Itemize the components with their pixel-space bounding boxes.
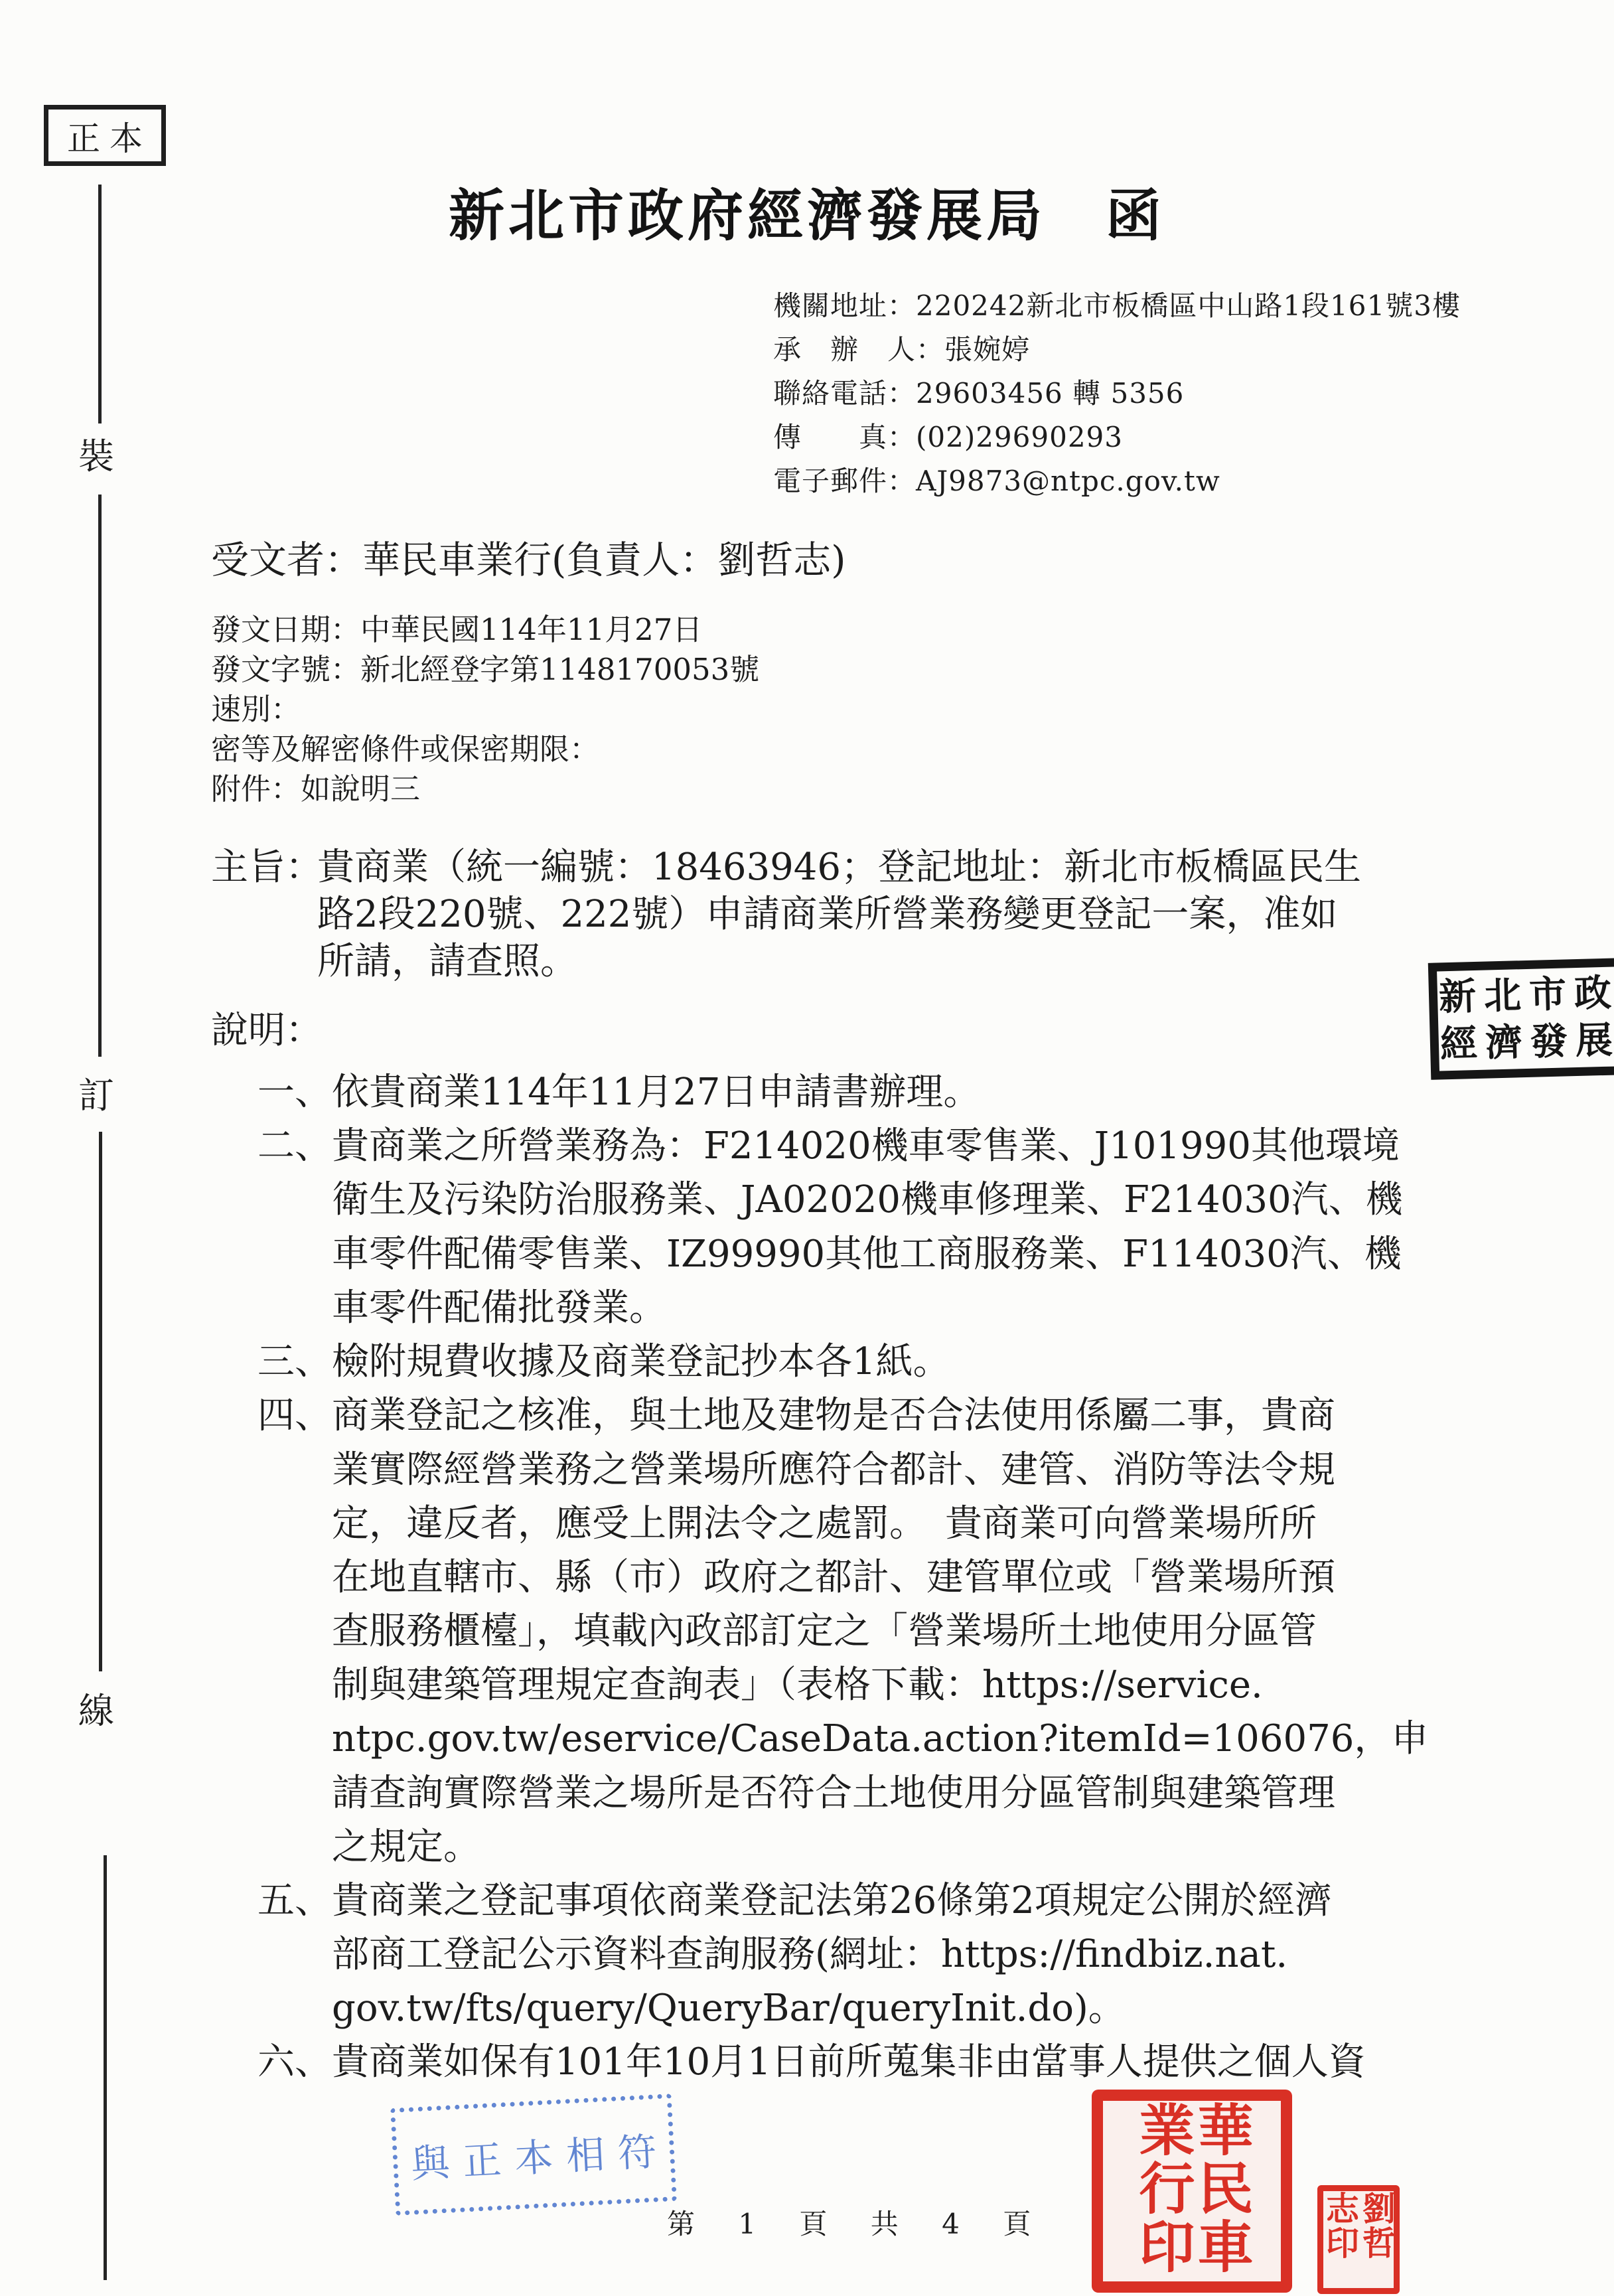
item-line: 商業登記之核准，與土地及建物是否合法使用係屬二事，貴商 (332, 1386, 1335, 1439)
item-line: 請查詢實際營業之場所是否符合土地使用分區管制與建築管理 (332, 1764, 1335, 1817)
item-line: 貴商業之登記事項依商業登記法第26條第2項規定公開於經濟 (332, 1871, 1332, 1924)
item-line: 檢附規費收據及商業登記抄本各1紙。 (332, 1332, 950, 1385)
item-line: 部商工登記公示資料查詢服務(網址：https://findbiz.nat. (332, 1925, 1287, 1978)
agency-officer-line: 承 辦 人：張婉婷 (773, 328, 1030, 368)
business-seal-stamp: 華民車業行印 (1092, 2090, 1292, 2293)
item-line: 制與建築管理規定查詢表」（表格下載：https://service. (332, 1655, 1263, 1709)
item-line: 車零件配備批發業。 (332, 1278, 666, 1332)
item-number: 一、 (257, 1063, 332, 1116)
agency-seal-stamp: 新北市政府 經濟發展局 (1428, 957, 1614, 1080)
item-line: ntpc.gov.tw/eservice/CaseData.action?ite… (332, 1709, 1428, 1762)
document-title: 新北市政府經濟發展局 函 (0, 171, 1614, 252)
item-line: 衛生及污染防治服務業、JA02020機車修理業、F214030汽、機 (332, 1170, 1403, 1223)
item-number: 二、 (257, 1116, 332, 1170)
item-line: 依貴商業114年11月27日申請書辦理。 (332, 1063, 980, 1116)
binding-line-segment-4 (104, 1855, 107, 2280)
dispatch-date-line: 發文日期：中華民國114年11月27日 (211, 605, 702, 649)
item-line: 貴商業如保有101年10月1日前所蒐集非由當事人提供之個人資 (332, 2032, 1366, 2086)
certification-stamp-text: 與正本相符 (409, 2119, 671, 2188)
copy-type-label: 正本 (67, 112, 152, 160)
person-seal-stamp: 劉哲志印 (1317, 2185, 1400, 2294)
agency-phone-line: 聯絡電話：29603456 轉 5356 (773, 372, 1184, 412)
item-line: 查服務櫃檯」，填載內政部訂定之「營業場所土地使用分區管 (332, 1602, 1317, 1655)
agency-email-line: 電子郵件：AJ9873@ntpc.gov.tw (773, 459, 1220, 499)
item-line: 之規定。 (332, 1817, 480, 1871)
item-line: 貴商業之所營業務為：F214020機車零售業、J101990其他環境 (332, 1116, 1400, 1170)
item-number: 六、 (257, 2032, 332, 2086)
agency-address-line: 機關地址：220242新北市板橋區中山路1段161號3樓 (773, 284, 1461, 324)
business-seal-text: 華民車業行印 (1134, 2101, 1250, 2281)
item-line: 在地直轄市、縣（市）政府之都計、建管單位或「營業場所預 (332, 1548, 1335, 1601)
certification-stamp: 與正本相符 (390, 2094, 677, 2216)
person-seal-text: 劉哲志印 (1322, 2191, 1395, 2288)
scanned-official-letter-page: 正本 裝 訂 線 新北市政府經濟發展局 函 機關地址：220242新北市板橋區中… (0, 0, 1614, 2296)
agency-seal-row: 新北市政府 (1438, 971, 1614, 1018)
security-class-line: 密等及解密條件或保密期限： (211, 725, 599, 768)
binding-mark-top: 裝 (78, 428, 114, 479)
copy-type-box: 正本 (44, 105, 166, 166)
subject-line: 所請，請查照。 (317, 932, 577, 985)
item-line: 業實際經營業務之營業場所應符合都計、建管、消防等法令規 (332, 1440, 1335, 1493)
dispatch-number-line: 發文字號：新北經登字第1148170053號 (211, 645, 759, 688)
item-line: 車零件配備零售業、IZ99990其他工商服務業、F114030汽、機 (332, 1225, 1402, 1278)
attachment-line: 附件：如說明三 (211, 765, 420, 808)
item-line: gov.tw/fts/query/QueryBar/queryInit.do)。 (332, 1979, 1126, 2032)
item-number: 四、 (257, 1386, 332, 1439)
subject-line: 貴商業（統一編號：18463946；登記地址：新北市板橋區民生 (317, 838, 1361, 891)
binding-line-segment-2 (98, 495, 102, 1057)
agency-seal-row: 經濟發展局 (1439, 1018, 1614, 1065)
item-number: 三、 (257, 1332, 332, 1385)
explanation-label: 說明： (211, 1001, 323, 1054)
agency-fax-line: 傳 真：(02)29690293 (773, 416, 1123, 455)
subject-line: 路2段220號、222號）申請商業所營業務變更登記一案，准如 (317, 885, 1337, 938)
item-number: 五、 (257, 1871, 332, 1924)
subject-label: 主旨： (211, 838, 323, 891)
binding-mark-bottom: 線 (78, 1683, 114, 1734)
recipient-line: 受文者：華民車業行(負責人：劉哲志) (211, 530, 845, 584)
page-indicator: 第 1 頁 共 4 頁 (667, 2202, 1048, 2242)
speed-class-line: 速別： (211, 685, 301, 728)
binding-mark-middle: 訂 (78, 1067, 114, 1118)
item-line: 定，違反者，應受上開法令之處罰。 貴商業可向營業場所所 (332, 1494, 1317, 1547)
binding-line-segment-3 (99, 1132, 102, 1671)
